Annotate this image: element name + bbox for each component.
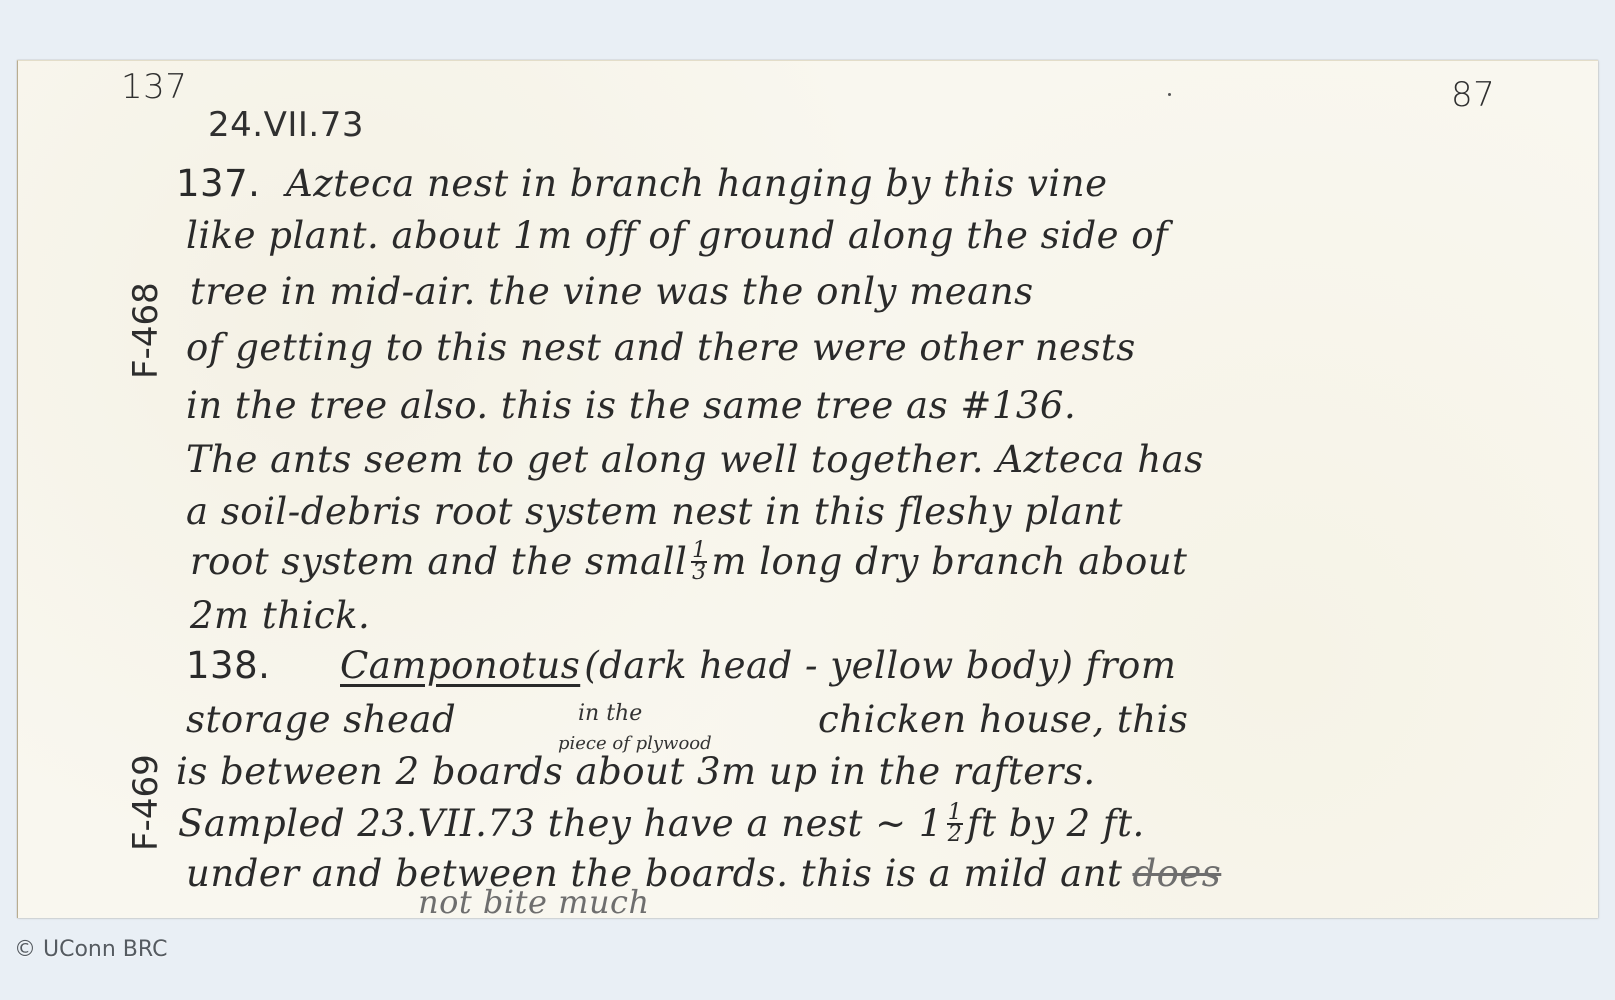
margin-note-f468: F-468 [126, 282, 166, 379]
entry-line: chicken house, this [818, 697, 1188, 743]
entry-line-text: Sampled 23.VII.73 they have a nest ~ 1 [178, 801, 943, 847]
entry-line: like plant. about 1m off of ground along… [186, 213, 1168, 259]
entry-line: under and between the boards. this is a … [186, 851, 1221, 897]
entry-line: tree in mid-air. the vine was the only m… [190, 269, 1034, 315]
ink-speck [1168, 93, 1171, 96]
entry-line: of getting to this nest and there were o… [186, 325, 1136, 371]
page-number: 87 [1451, 75, 1495, 115]
genus-name: Camponotus [340, 643, 580, 689]
entry-line: 2m thick. [190, 593, 370, 639]
document-viewer: 137 87 24.VII.73 F-468 F-469 137. Azteca… [0, 0, 1615, 1000]
entry-line-text: under and between the boards. this is a … [186, 851, 1122, 897]
entry-line: Camponotus (dark head - yellow body) fro… [340, 643, 1176, 689]
margin-note-f469: F-469 [126, 754, 166, 851]
entry-line-text: m long dry branch about [711, 539, 1187, 585]
note-card: 137 87 24.VII.73 F-468 F-469 137. Azteca… [17, 60, 1598, 918]
fraction-one-third: 1 3 [691, 541, 707, 583]
entry-line: storage shead [186, 697, 456, 743]
entry-line: is between 2 boards about 3m up in the r… [176, 749, 1096, 795]
entry-line: a soil-debris root system nest in this f… [186, 489, 1123, 535]
fraction-denominator: 2 [948, 825, 963, 845]
entry-line-text: ft by 2 ft. [967, 801, 1145, 847]
fraction-one-half: 1 2 [947, 803, 963, 845]
pencil-annotation: not bite much [418, 879, 650, 925]
entry-line: Azteca nest in branch hanging by this vi… [286, 161, 1107, 207]
entry-line-with-fraction: root system and the small 1 3 m long dry… [190, 539, 1187, 585]
copyright-notice: © UConn BRC [14, 937, 167, 962]
struck-word: does [1132, 851, 1221, 897]
entry-number: 138. [186, 643, 270, 689]
entry-line-with-fraction: Sampled 23.VII.73 they have a nest ~ 1 1… [178, 801, 1145, 847]
entry-line: The ants seem to get along well together… [186, 437, 1204, 483]
entry-number: 137. [176, 161, 260, 207]
fraction-denominator: 3 [692, 563, 707, 583]
inserted-text-in-the: in the [578, 701, 642, 726]
card-number: 137 [121, 67, 187, 107]
entry-date: 24.VII.73 [208, 105, 364, 145]
entry-line-text: (dark head - yellow body) from [584, 643, 1176, 689]
fraction-numerator: 1 [692, 541, 707, 561]
entry-line-text: root system and the small [190, 539, 687, 585]
entry-line: in the tree also. this is the same tree … [186, 383, 1076, 429]
fraction-numerator: 1 [948, 803, 963, 823]
